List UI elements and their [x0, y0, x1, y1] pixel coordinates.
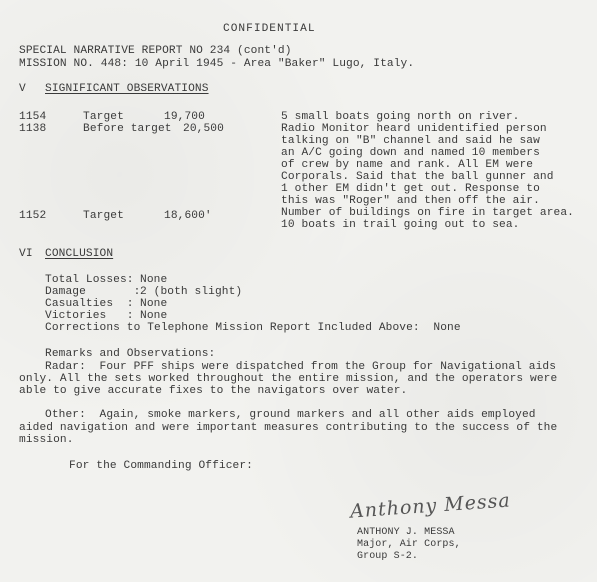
section-vi-number: VI	[19, 249, 33, 261]
obs-altitude: 20,500	[183, 124, 224, 136]
narrative-line: Radio Monitor heard unidentified person	[281, 124, 547, 136]
conclusion-value: 2 (both slight)	[140, 287, 242, 299]
obs-time: 1138	[19, 124, 46, 136]
conclusion-label: Casualties :	[45, 299, 134, 311]
conclusion-label: Damage :	[45, 287, 140, 299]
signatory-name: ANTHONY J. MESSA	[357, 527, 455, 539]
section-v-title: SIGNIFICANT OBSERVATIONS	[45, 84, 209, 96]
narrative-line: this was "Roger" and then off the air.	[281, 196, 540, 208]
classification-mark: CONFIDENTIAL	[223, 24, 316, 36]
narrative-line: Number of buildings on fire in target ar…	[281, 208, 574, 220]
narrative-line: an A/C going down and named 10 members	[281, 148, 540, 160]
obs-time: 1154	[19, 112, 46, 124]
document-page: CONFIDENTIAL SPECIAL NARRATIVE REPORT NO…	[0, 0, 597, 582]
obs-location: Target	[83, 112, 124, 124]
conclusion-value: None	[140, 275, 167, 287]
narrative-line: 5 small boats going north on river.	[281, 112, 519, 124]
obs-time: 1152	[19, 211, 46, 223]
conclusion-value: None	[140, 311, 167, 323]
obs-location: Target	[83, 211, 124, 223]
signatory-rank: Major, Air Corps,	[357, 539, 461, 551]
narrative-line: 1 other EM didn't get out. Response to	[281, 184, 540, 196]
radar-line: only. All the sets worked throughout the…	[19, 374, 557, 386]
other-line: mission.	[19, 435, 74, 447]
radar-line: able to give accurate fixes to the navig…	[19, 386, 407, 398]
narrative-line: talking on "B" channel and said he saw	[281, 136, 540, 148]
report-title: SPECIAL NARRATIVE REPORT NO 234 (cont'd)	[19, 46, 292, 58]
obs-location: Before target	[83, 124, 172, 136]
conclusion-value: None	[140, 299, 167, 311]
other-line: aided navigation and were important meas…	[19, 423, 557, 435]
radar-line: Radar: Four PFF ships were dispatched fr…	[45, 362, 556, 374]
section-v-number: V	[19, 84, 26, 96]
conclusion-label: Victories :	[45, 311, 134, 323]
signatory-unit: Group S-2.	[357, 551, 418, 563]
corrections-line: Corrections to Telephone Mission Report …	[45, 323, 461, 335]
section-vi-title: CONCLUSION	[45, 249, 113, 261]
closing-line: For the Commanding Officer:	[69, 461, 253, 473]
narrative-line: of crew by name and rank. All EM were	[281, 160, 533, 172]
conclusion-label: Total Losses:	[45, 275, 134, 287]
handwritten-signature: Anthony Messa	[349, 489, 511, 522]
other-line: Other: Again, smoke markers, ground mark…	[45, 410, 536, 422]
obs-altitude: 18,600'	[164, 211, 212, 223]
narrative-line: Corporals. Said that the ball gunner and	[281, 172, 554, 184]
remarks-heading: Remarks and Observations:	[45, 349, 215, 361]
obs-altitude: 19,700	[164, 112, 205, 124]
narrative-line: 10 boats in trail going out to sea.	[281, 220, 519, 232]
mission-line: MISSION NO. 448: 10 April 1945 - Area "B…	[19, 59, 414, 71]
